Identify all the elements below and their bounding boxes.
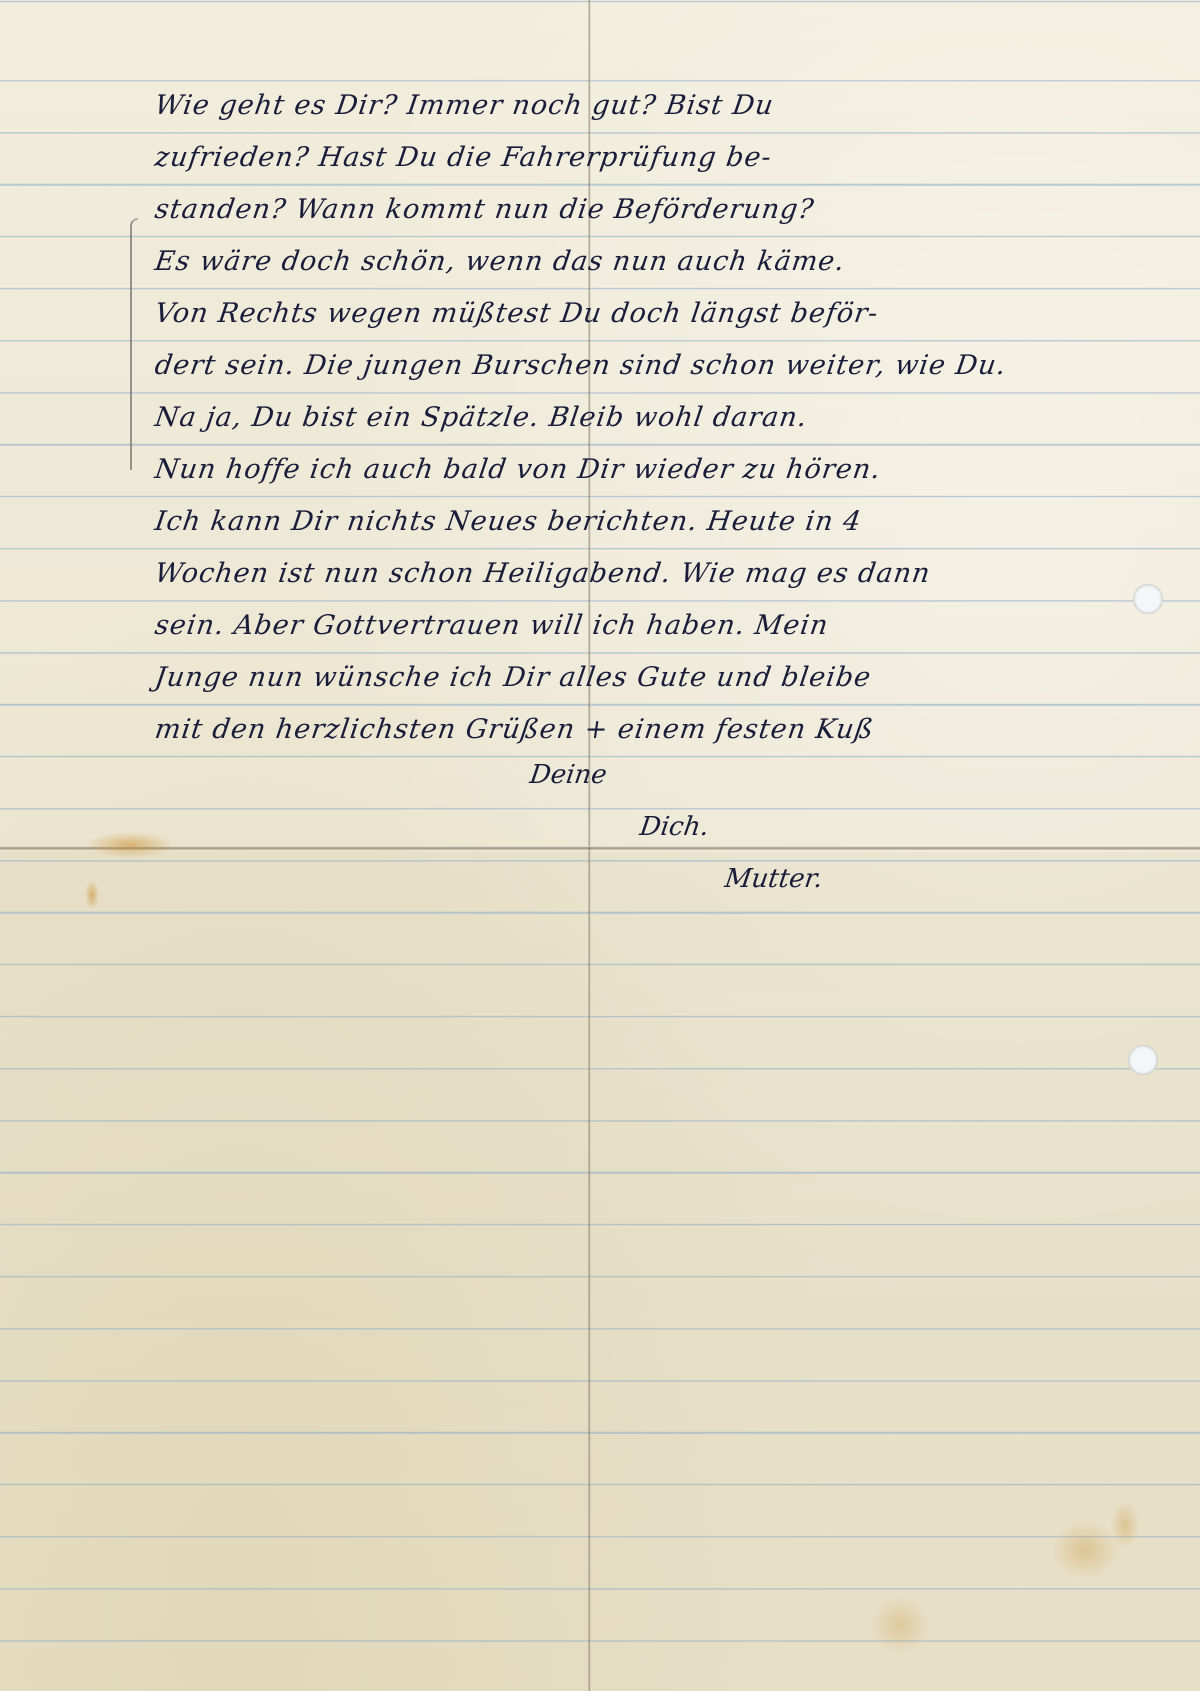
closing-deine: Deine bbox=[528, 760, 609, 790]
letter-line: standen? Wann kommt nun die Beförderung? bbox=[151, 184, 1158, 236]
age-stain bbox=[870, 1595, 930, 1655]
letter-line: sein. Aber Gottvertrauen will ich haben.… bbox=[151, 600, 1158, 652]
signature-mutter: Mutter. bbox=[723, 864, 825, 894]
rust-stain bbox=[85, 832, 175, 858]
letter-line: Es wäre doch schön, wenn das nun auch kä… bbox=[151, 236, 1158, 288]
letter-line: zufrieden? Hast Du die Fahrerprüfung be- bbox=[151, 132, 1158, 184]
letter-line: Wie geht es Dir? Immer noch gut? Bist Du bbox=[151, 80, 1158, 132]
letter-line: dert sein. Die jungen Burschen sind scho… bbox=[151, 340, 1158, 392]
letter-line: Nun hoffe ich auch bald von Dir wieder z… bbox=[151, 444, 1158, 496]
letter-line: Junge nun wünsche ich Dir alles Gute und… bbox=[151, 652, 1158, 704]
letter-body: Wie geht es Dir? Immer noch gut? Bist Du… bbox=[155, 80, 1155, 756]
letter-line: Wochen ist nun schon Heiligabend. Wie ma… bbox=[151, 548, 1158, 600]
letter-line: mit den herzlichsten Grüßen + einem fest… bbox=[151, 704, 1158, 756]
letter-line: Na ja, Du bist ein Spätzle. Bleib wohl d… bbox=[151, 392, 1158, 444]
margin-pencil-bracket bbox=[130, 218, 138, 470]
punch-hole-lower bbox=[1128, 1045, 1158, 1075]
letter-line: Von Rechts wegen müßtest Du doch längst … bbox=[151, 288, 1158, 340]
letter-line: Ich kann Dir nichts Neues berichten. Heu… bbox=[151, 496, 1158, 548]
horizontal-fold-crease bbox=[0, 846, 1200, 850]
rust-stain bbox=[85, 880, 99, 910]
closing-dich: Dich. bbox=[638, 812, 711, 842]
age-stain bbox=[1110, 1500, 1140, 1550]
